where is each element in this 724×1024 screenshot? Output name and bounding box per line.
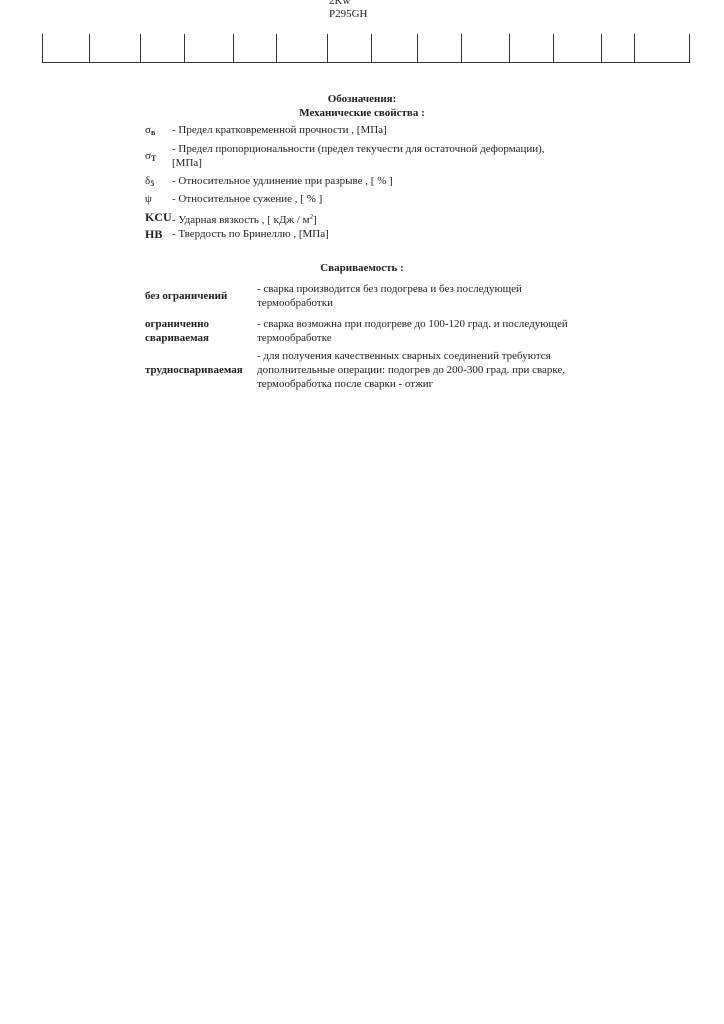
legend-item: - Ударная вязкость , [ кДж / м2] [172, 210, 317, 227]
weldability-desc: - сварка возможна при подогреве до 100-1… [257, 317, 577, 345]
table-column-divider [140, 34, 141, 62]
legend-item: - Относительное сужение , [ % ] [172, 192, 322, 206]
weldability-title: Свариваемость : [0, 262, 724, 274]
weldability-term: трудносвариваемая [145, 363, 243, 377]
legend-item: - Предел кратковременной прочности , [МП… [172, 123, 387, 137]
table-column-divider [233, 34, 234, 62]
table-column-divider [42, 34, 43, 62]
table-column-divider [509, 34, 510, 62]
table-column-divider [184, 34, 185, 62]
legend-title: Обозначения: [0, 93, 724, 105]
table-column-divider [371, 34, 372, 62]
symbol-sigma-b: σв [145, 124, 173, 137]
table-column-divider [689, 34, 690, 62]
table-column-divider [461, 34, 462, 62]
weldability-desc: - для получения качественных сварных сое… [257, 349, 577, 391]
table-column-divider [634, 34, 635, 62]
table-fragment [42, 34, 690, 63]
table-column-divider [601, 34, 602, 62]
legend-item: - Твердость по Бринеллю , [МПа] [172, 227, 329, 241]
weldability-term: ограниченносвариваемая [145, 317, 209, 345]
symbol-kcu: KCU [145, 210, 173, 225]
legend-item: - Относительное удлинение при разрыве , … [172, 174, 393, 188]
weldability-desc: - сварка производится без подогрева и бе… [257, 282, 577, 310]
symbol-psi: ψ [145, 193, 173, 205]
symbol-hb: HB [145, 227, 173, 242]
table-column-divider [553, 34, 554, 62]
table-column-divider [327, 34, 328, 62]
legend-item: - Предел пропорциональности (предел теку… [172, 142, 545, 170]
table-column-divider [276, 34, 277, 62]
weldability-term: без ограничений [145, 289, 227, 303]
symbol-delta-5: δ5 [145, 175, 173, 188]
legend-subtitle: Механические свойства : [0, 107, 724, 119]
steel-grade-line: P295GH [329, 8, 368, 21]
steel-grade-cell: 2Kw P295GH [329, 0, 368, 21]
table-column-divider [89, 34, 90, 62]
symbol-sigma-t: σT [145, 150, 173, 163]
table-column-divider [417, 34, 418, 62]
steel-grade-line: 2Kw [329, 0, 368, 8]
